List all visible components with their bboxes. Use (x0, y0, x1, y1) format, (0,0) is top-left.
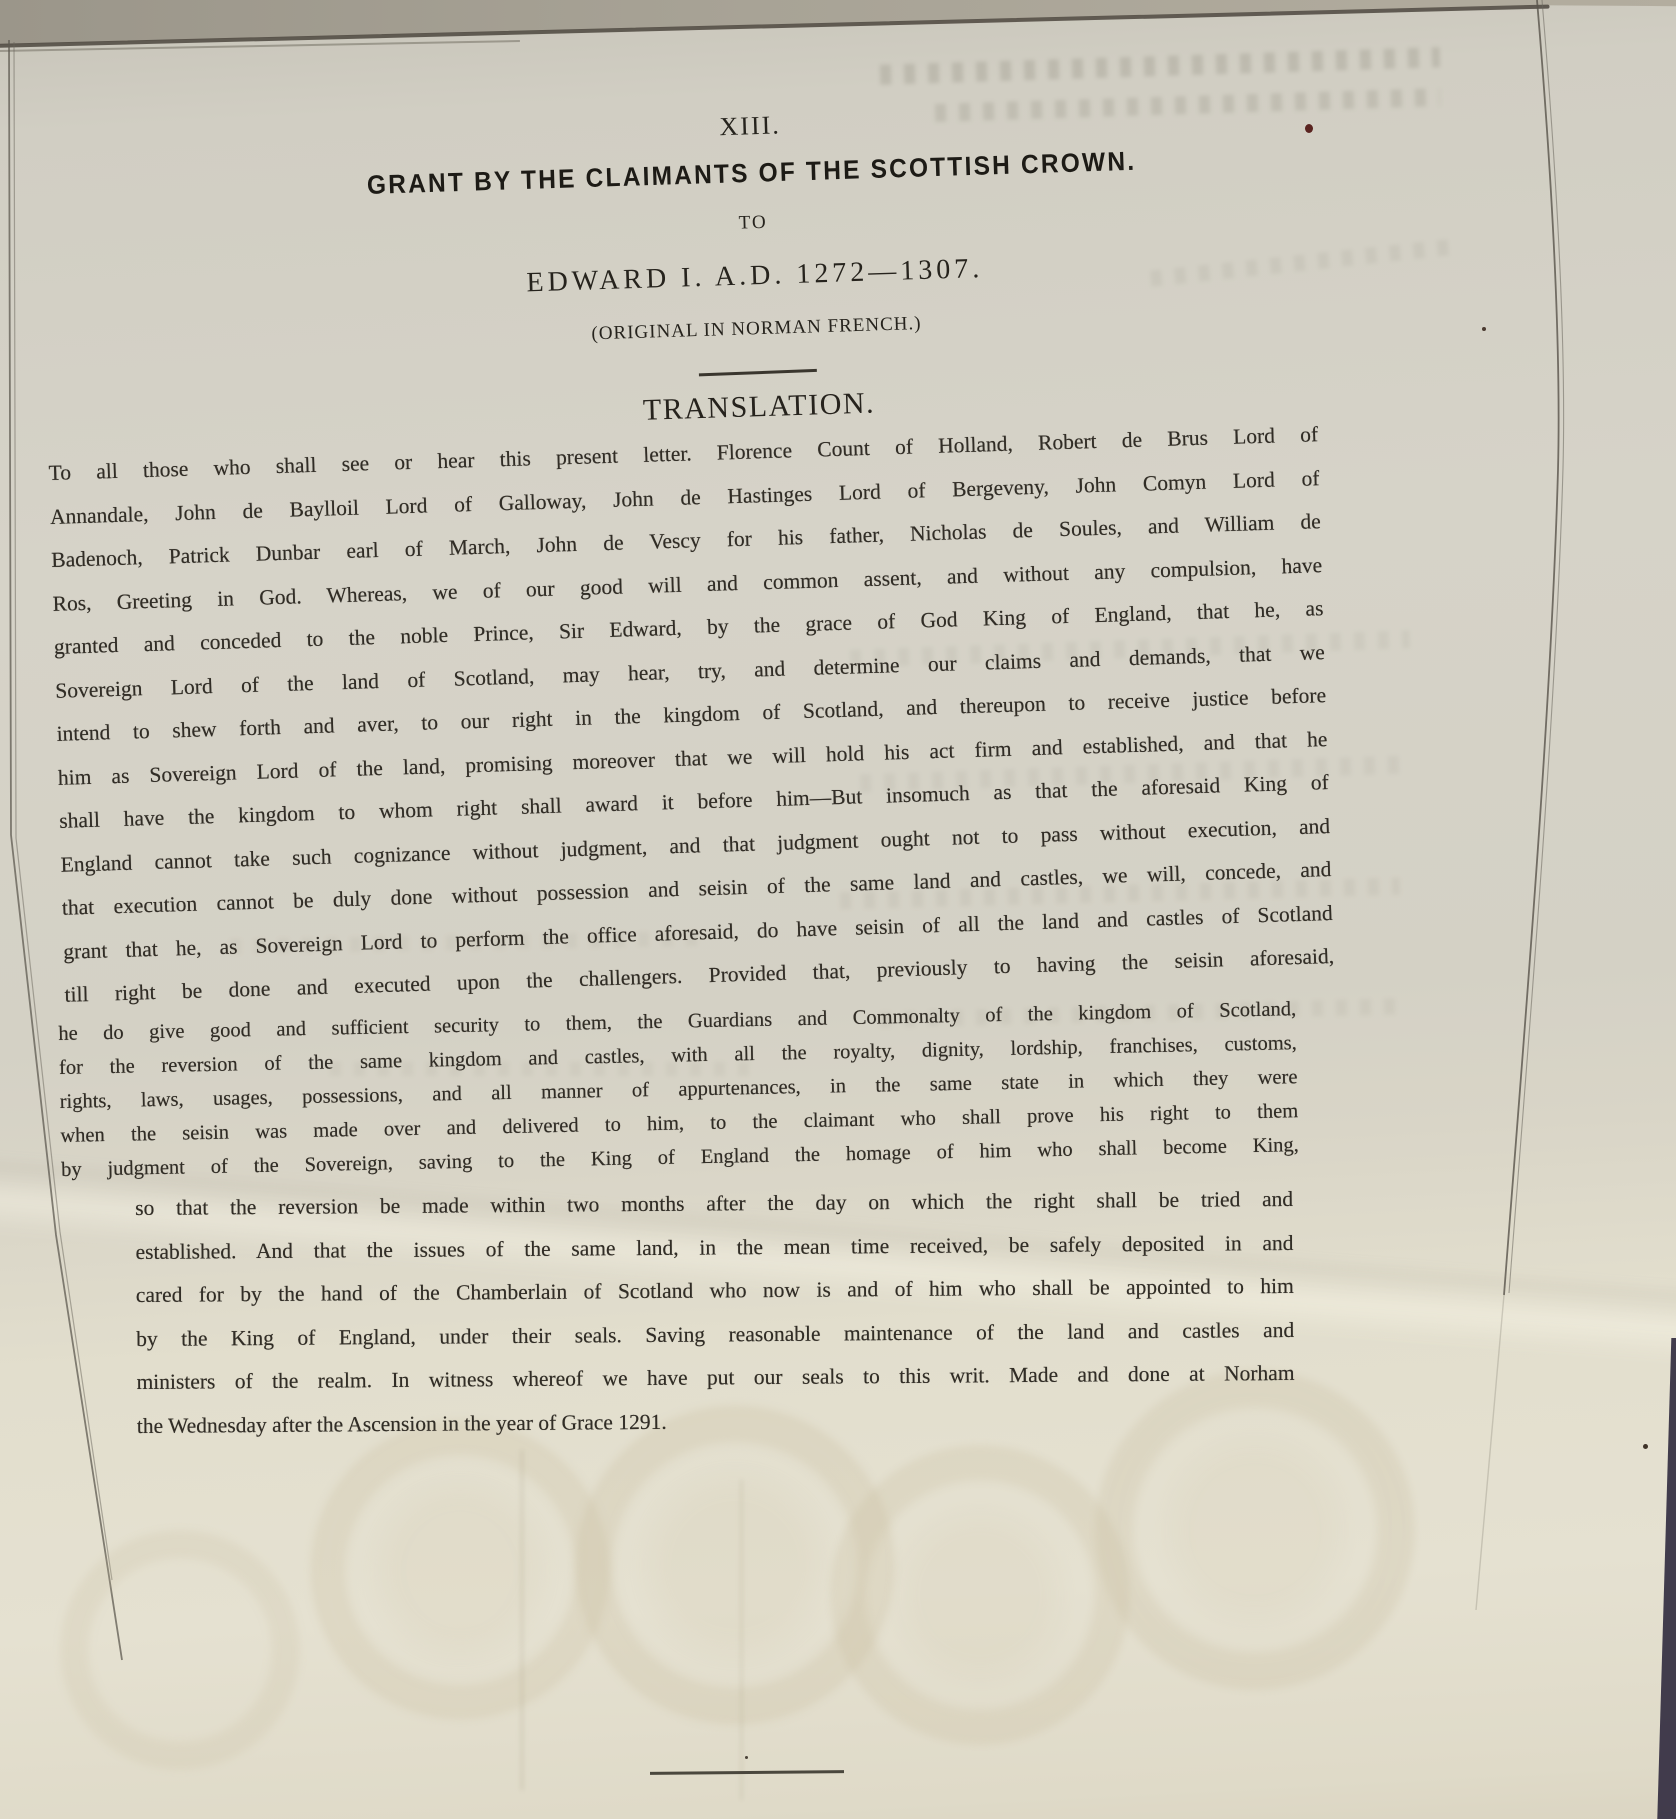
translation-paragraph-crease: he do give good and sufficient security … (58, 992, 1299, 1187)
foxing-speck (1482, 327, 1486, 331)
seal-show-through (310, 1420, 610, 1720)
heading-block: XIII. GRANT BY THE CLAIMANTS OF THE SCOT… (90, 91, 1419, 445)
foxing-speck (1643, 1444, 1648, 1449)
seal-show-through (830, 1445, 1130, 1745)
show-through-text (880, 47, 1440, 85)
text-line: the Wednesday after the Ascension in the… (137, 1395, 1295, 1448)
backdrop-beyond-page-edge (1650, 1338, 1676, 1819)
bottom-separator-rule (650, 1770, 844, 1774)
paper-streak (520, 1450, 524, 1790)
book-page-photo: XIII. GRANT BY THE CLAIMANTS OF THE SCOT… (0, 0, 1676, 1819)
paper-streak (740, 1480, 743, 1800)
separator-rule (699, 369, 817, 377)
text-line: ministers of the realm. In witness where… (136, 1352, 1294, 1405)
translation-paragraph-lower: so that the reversion be made within two… (135, 1178, 1295, 1448)
foxing-speck (745, 1756, 748, 1759)
translation-paragraph-upper: To all those who shall see or hear this … (48, 413, 1335, 1017)
seal-show-through (60, 1530, 300, 1770)
